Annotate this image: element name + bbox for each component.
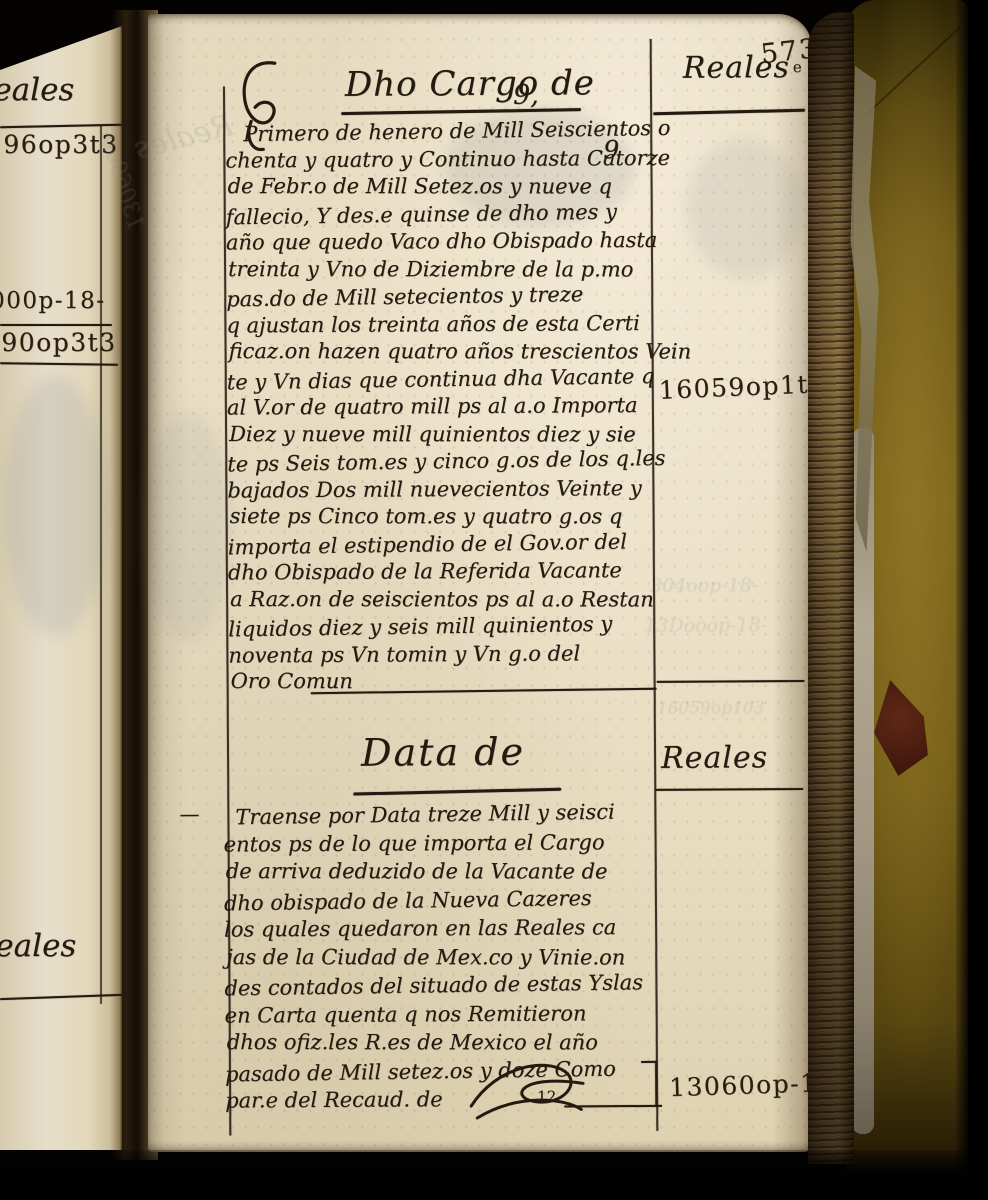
folio-number-flourish: e — [793, 58, 804, 76]
data-leading-dash: — — [179, 802, 199, 826]
background-right — [956, 0, 988, 1200]
cargo-reales-rule — [653, 109, 805, 116]
data-line: des contados del situado de estas Yslas — [224, 968, 654, 1003]
cargo-line: fallecio, Y des.e quinse de dho mes y — [226, 198, 654, 232]
background-bottom — [0, 1150, 988, 1200]
data-line: entos ps de lo que importa el Cargo — [224, 827, 654, 858]
cargo-margin-total: 16059op1t1 — [658, 369, 827, 405]
data-line: pasado de Mill setez.os y doze Como — [225, 1054, 655, 1089]
data-line: par.e del Recaud. de — [225, 1084, 655, 1115]
cargo-line: Diez y nueve mill quinientos diez y sie — [229, 421, 657, 449]
cargo-line: de Febr.o de Mill Setez.os y nueve q — [228, 173, 656, 201]
data-line: en Carta quenta q nos Remitieron — [225, 998, 655, 1029]
left-page-amount-2: 0000p-18- — [0, 288, 106, 314]
data-line: de arriva deduzido de la Vacante de — [226, 857, 656, 886]
data-title: Data de — [361, 730, 525, 775]
left-page-header-rule — [0, 124, 122, 129]
left-page-stain — [4, 376, 108, 636]
bleed-through-reales: Reales — [131, 108, 238, 167]
bleed-through-margin-1: 304oop-18- — [650, 574, 758, 597]
cargo-line: siete ps Cinco tom.es y quatro g.os q — [230, 503, 658, 531]
data-line: dhos ofiz.les R.es de Mexico el año — [227, 1028, 657, 1057]
left-page-sum-rule-top — [0, 324, 112, 326]
cargo-reales-header: Reales — [683, 50, 790, 86]
cargo-line: al V.or de quatro mill ps al a.o Importa — [227, 392, 655, 422]
data-line: dho obispado de la Nueva Cazeres — [224, 883, 654, 918]
data-title-rule — [353, 788, 561, 796]
cargo-line: chenta y quatro y Continuo hasta Catorze — [225, 144, 653, 174]
manuscript-photo: Reales 296op3t3 0000p-18- 290op3t3 Reale… — [0, 0, 988, 1200]
data-paragraph: Traense por Data treze Mill y seisci ent… — [223, 799, 655, 1115]
cargo-title-flourish: 9, — [513, 80, 539, 111]
data-line: los quales quedaron en las Reales ca — [224, 913, 654, 944]
cargo-line: te y Vn dias que continua dha Vacante q — [227, 363, 655, 397]
ink-smudge-2 — [685, 138, 804, 279]
cargo-margin-rule — [657, 680, 805, 683]
data-reales-header: Reales — [661, 740, 768, 776]
data-line: Traense por Data treze Mill y seisci — [223, 797, 653, 832]
bleed-through-margin-2: 13Dooop-18- — [644, 614, 767, 637]
data-item-number: 12 — [537, 1088, 556, 1106]
data-line: jas de la Ciudad de Mex.co y Vinie.on — [226, 943, 656, 972]
cargo-line: ficaz.on hazen quatro años trescientos V… — [229, 338, 657, 366]
cargo-title: Dho Cargo de — [345, 63, 595, 105]
ledger-page-content: Reales 13060op- 304oop-18- 13Dooop-18- 1… — [145, 12, 816, 1154]
left-page-lower-reales-header: Reales — [0, 928, 76, 964]
left-page-reales-header: Reales — [0, 72, 74, 108]
cargo-line: dho Obispado de la Referida Vacante — [228, 557, 656, 587]
left-page-lower-rule — [0, 994, 122, 1000]
cargo-line: importa el estipendio de el Gov.or del — [228, 528, 656, 562]
cargo-line: q ajustan los treinta años de esta Certi — [226, 309, 654, 339]
rubric-flourish — [467, 1053, 587, 1126]
previous-page-edge: Reales 296op3t3 0000p-18- 290op3t3 Reale… — [0, 16, 122, 1150]
cargo-line: treinta y Vno de Diziembre de la p.mo — [228, 256, 656, 284]
cargo-line: bajados Dos mill nuevecientos Veinte y — [227, 474, 655, 504]
data-reales-rule — [655, 788, 803, 791]
cargo-line: año que quedo Vaco dho Obispado hasta — [226, 227, 654, 257]
cargo-paragraph: Primero de henero de Mill Seiscientos o … — [225, 117, 657, 697]
margin-bracket-side — [655, 1061, 657, 1107]
ledger-page: Reales 13060op- 304oop-18- 13Dooop-18- 1… — [148, 14, 812, 1152]
bleed-through-margin-3: 16059op103 — [657, 698, 765, 719]
cargo-line: a Raz.on de seiscientos ps al a.o Restan — [230, 586, 658, 614]
page-block-fore-edge — [808, 12, 854, 1164]
cargo-line: noventa ps Vn tomin y Vn g.o del — [228, 639, 656, 669]
ink-smudge-3 — [143, 412, 232, 643]
